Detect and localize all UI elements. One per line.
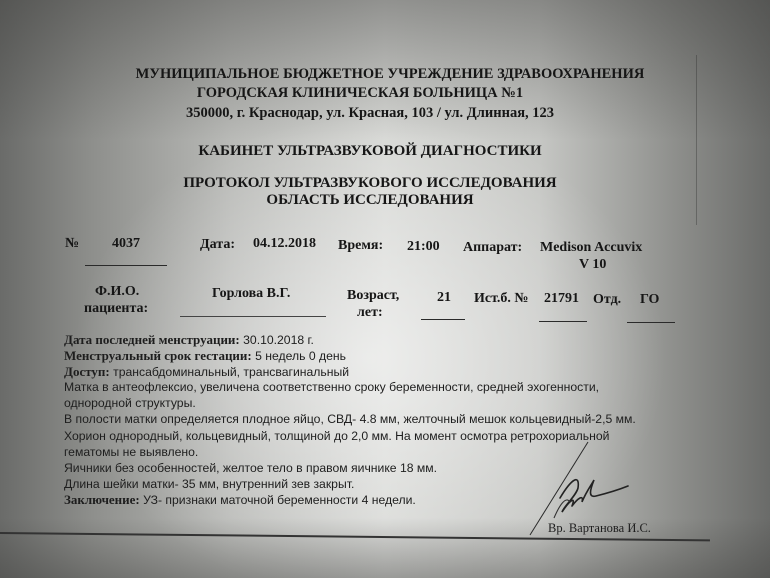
area-title: ОБЛАСТЬ ИССЛЕДОВАНИЯ xyxy=(160,192,580,209)
date-label: Дата: xyxy=(200,237,235,253)
dept-label: Отд. xyxy=(593,292,621,308)
patient-value: Горлова В.Г. xyxy=(212,286,290,302)
device-label: Аппарат: xyxy=(463,240,522,256)
dept-underline xyxy=(627,322,675,323)
gestational-sac-line: В полости матки определяется плодное яйц… xyxy=(64,412,636,426)
device-value-line2: V 10 xyxy=(579,257,606,273)
access-line: Доступ: трансабдоминальный, трансвагинал… xyxy=(64,364,349,380)
time-value: 21:00 xyxy=(407,239,440,255)
gestation-value: 5 недель 0 день xyxy=(252,349,346,363)
paper-fold-line xyxy=(696,55,697,225)
protocol-title: ПРОТОКОЛ УЛЬТРАЗВУКОВОГО ИССЛЕДОВАНИЯ xyxy=(160,175,580,192)
number-value: 4037 xyxy=(112,236,140,252)
doctor-signature-name: Вр. Вартанова И.С. xyxy=(548,521,651,536)
patient-underline xyxy=(180,316,326,317)
lmp-value: 30.10.2018 г. xyxy=(240,333,314,347)
age-label-line1: Возраст, xyxy=(347,288,399,304)
number-underline xyxy=(85,265,167,266)
conclusion-value: УЗ- признаки маточной беременности 4 нед… xyxy=(140,493,416,507)
age-value: 21 xyxy=(437,290,451,306)
uterus-line1: Матка в антеофлексио, увеличена соответс… xyxy=(64,380,599,394)
org-name-line1: МУНИЦИПАЛЬНОЕ БЮДЖЕТНОЕ УЧРЕЖДЕНИЕ ЗДРАВ… xyxy=(110,66,670,83)
history-label: Ист.б. № xyxy=(474,291,529,307)
lmp-label: Дата последней менструации: xyxy=(64,332,240,347)
access-value: трансабдоминальный, трансвагинальный xyxy=(110,365,349,379)
uterus-line2: однородной структуры. xyxy=(64,396,196,410)
history-underline xyxy=(539,321,587,322)
history-value: 21791 xyxy=(544,291,579,307)
conclusion-label: Заключение: xyxy=(64,492,140,507)
org-name-line2: ГОРОДСКАЯ КЛИНИЧЕСКАЯ БОЛЬНИЦА №1 xyxy=(110,85,670,102)
device-value-line1: Medison Accuvix xyxy=(540,240,642,256)
chorion-line2: гематомы не выявлено. xyxy=(64,445,198,459)
ovaries-line: Яичники без особенностей, желтое тело в … xyxy=(64,461,437,475)
age-label-line2: лет: xyxy=(357,305,383,321)
dept-value: ГО xyxy=(640,292,659,308)
cervix-line: Длина шейки матки- 35 мм, внутренний зев… xyxy=(64,477,354,491)
lmp-line: Дата последней менструации: 30.10.2018 г… xyxy=(64,332,314,348)
conclusion-line: Заключение: УЗ- признаки маточной береме… xyxy=(64,492,416,508)
age-underline xyxy=(421,319,465,320)
patient-label-line1: Ф.И.О. xyxy=(95,284,139,300)
department-title: КАБИНЕТ УЛЬТРАЗВУКОВОЙ ДИАГНОСТИКИ xyxy=(160,143,580,160)
number-label: № xyxy=(65,236,79,252)
gestation-label: Менструальный срок гестации: xyxy=(64,348,252,363)
date-value: 04.12.2018 xyxy=(253,236,316,252)
access-label: Доступ: xyxy=(64,364,110,379)
patient-label-line2: пациента: xyxy=(84,301,148,317)
org-address: 350000, г. Краснодар, ул. Красная, 103 /… xyxy=(110,105,670,122)
gestation-line: Менструальный срок гестации: 5 недель 0 … xyxy=(64,348,346,364)
time-label: Время: xyxy=(338,238,383,254)
